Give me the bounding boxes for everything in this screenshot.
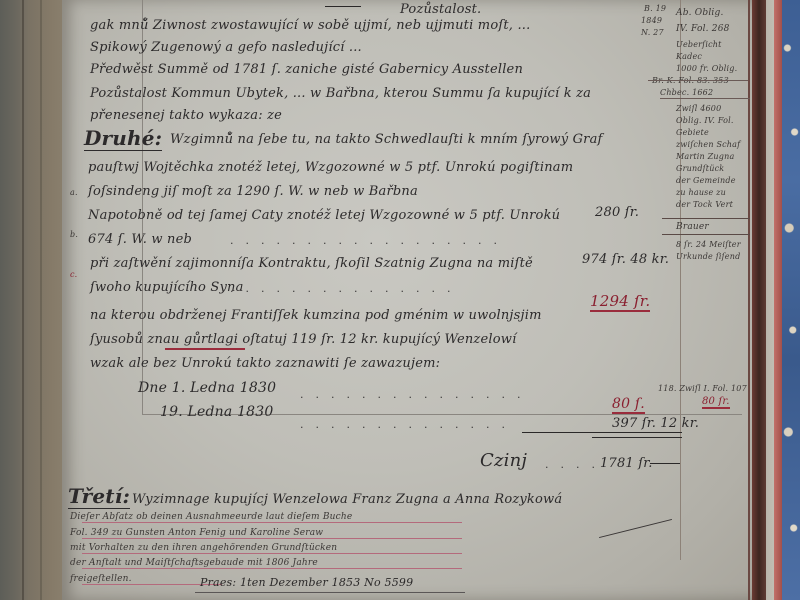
margin-ref: 8 ſr. 24 Meiſter [676, 240, 741, 249]
margin-rule [648, 80, 748, 81]
margin-ref-red: 80 ſr. [702, 396, 730, 409]
margin-ref: N. 27 [641, 28, 664, 37]
annotation-line: Dieſer Abſatz ob deinen Ausnahmeeurde la… [70, 512, 352, 522]
margin-ref: B. 19 [644, 4, 666, 13]
praes-underline [195, 592, 465, 593]
page-edge-shadow [752, 0, 766, 600]
amount: 397 ſr. 12 kr. [612, 416, 699, 431]
pink-rule [82, 553, 462, 554]
date-line: Dne 1. Ledna 1830 [138, 380, 276, 396]
margin-ref: 118. Zwiſl I. Fol. 107 [658, 384, 747, 393]
leader-dots: .... [545, 458, 607, 471]
body-line: na kterou obdrženej Frantiſſek kumzina p… [90, 308, 542, 323]
margin-rule [662, 218, 750, 219]
pink-rule [82, 538, 462, 539]
total-rule [650, 463, 680, 464]
marbled-cover-edge [782, 0, 800, 600]
margin-ref: zu hause zu [676, 188, 726, 197]
annotation-line: Fol. 349 zu Gunsten Anton Fenig und Karo… [70, 528, 323, 538]
header-rule [325, 6, 361, 7]
total-amount: 1781 ſr. [600, 456, 653, 471]
margin-ref: Urkunde ſiſend [676, 252, 740, 261]
margin-rule [662, 234, 750, 235]
left-margin-note: c. [70, 270, 77, 279]
margin-ref: Ueberſicht [676, 40, 722, 49]
margin-ref: 1849 [641, 16, 662, 25]
annotation-line: der Anſtalt und Maiſtſchaftsgebaude mit … [70, 558, 318, 568]
body-line: při zaſtwění zajimonníſa Kontraktu, ſkoſ… [90, 256, 533, 271]
body-line: ſyusobů znau gůrtlagi oſtatuj 119 ſr. 12… [90, 332, 516, 347]
body-line: ſoſsindeng jiſ moſt za 1290 ſ. W. w neb … [88, 184, 418, 199]
margin-ref: Zwiſl 4600 [676, 104, 721, 113]
annotation-line: freigeſtellen. [70, 574, 132, 584]
margin-ref: zwiſchen Schaf [676, 140, 740, 149]
amount-red: 1294 ſr. [590, 292, 650, 312]
body-line: Pozůstalost Kommun Ubytek, ... w Bařbna,… [90, 86, 591, 101]
margin-ref: Gebiete [676, 128, 709, 137]
binding-line [40, 0, 42, 600]
margin-ref: der Gemeinde [676, 176, 736, 185]
total-label: Czinj [480, 450, 527, 471]
body-line: Spikowý Zugenowý a gefo nasledující ... [90, 40, 362, 55]
margin-ref: IV. Fol. 268 [676, 24, 730, 34]
amount-red: 80 ſ. [612, 396, 645, 414]
section-heading-treti: Třetí: [68, 484, 130, 509]
section-heading-druhe: Druhé: [84, 126, 162, 151]
margin-ref: Chbec. 1662 [660, 88, 713, 97]
binding-line [22, 0, 24, 600]
body-line: Předwěst Summě od 1781 ſ. zaniche gisté … [90, 62, 523, 77]
red-underline [165, 348, 245, 350]
ledger-photo: a. b. c. Pozůstalost. gak mnů̌ Ziwnost z… [0, 0, 800, 600]
annotation-line: mit Vorhalten zu den ihren angehörenden … [70, 543, 337, 553]
body-line: přenesenej takto wykaza: ze [90, 108, 282, 123]
red-page-edge [774, 0, 782, 600]
leader-dots: ............... [230, 282, 462, 295]
date-line: 19. Ledna 1830 [160, 404, 274, 420]
header-fragment: Pozůstalost. [400, 2, 481, 17]
margin-ref: 1000 fr. Oblig. [676, 64, 737, 73]
pink-rule [82, 568, 462, 569]
margin-column-rule [748, 0, 750, 600]
body-line: pauſtwj Wojtěchka znotéž letej, Wzgozown… [88, 160, 573, 175]
body-line: 674 ſ. W. w neb [88, 232, 192, 247]
body-line: Napotobně od tej ſamej Caty znotéž letej… [88, 208, 560, 223]
left-margin-note: b. [70, 230, 78, 239]
body-line: gak mnů̌ Ziwnost zwostawující w sobě ujj… [90, 18, 530, 33]
leader-dots: .................. [230, 234, 509, 247]
margin-ref: Ab. Oblig. [676, 8, 724, 18]
amount: 280 ſr. [595, 205, 639, 220]
left-margin-note: a. [70, 188, 78, 197]
annotation-praes: Praes: 1ten Dezember 1853 No 5599 [200, 576, 413, 589]
margin-ref: Grundſtück [676, 164, 724, 173]
margin-ref: der Tock Vert [676, 200, 733, 209]
body-line: wzak ale bez Unrokú takto zaznawiti ſe z… [90, 356, 440, 371]
body-line: Wyzimnage kupujícj Wenzelowa Franz Zugna… [132, 492, 562, 507]
margin-ref: Martin Zugna [676, 152, 734, 161]
leader-dots: ............... [300, 388, 532, 401]
margin-ref: Oblig. IV. Fol. [676, 116, 734, 125]
body-line: ſwoho kupujícího Syna [90, 280, 244, 295]
margin-ref: Kadec [676, 52, 702, 61]
body-line: Wzgimnů̌ na ſebe tu, na takto Schwedlauſ… [170, 132, 603, 147]
margin-ref: Brauer [676, 222, 709, 232]
margin-rule [660, 98, 750, 99]
sum-rule [522, 432, 682, 433]
amount: 974 ſr. 48 kr. [582, 252, 669, 267]
pink-rule [82, 522, 462, 523]
leader-dots: .............. [300, 418, 517, 431]
sum-rule [592, 437, 682, 438]
